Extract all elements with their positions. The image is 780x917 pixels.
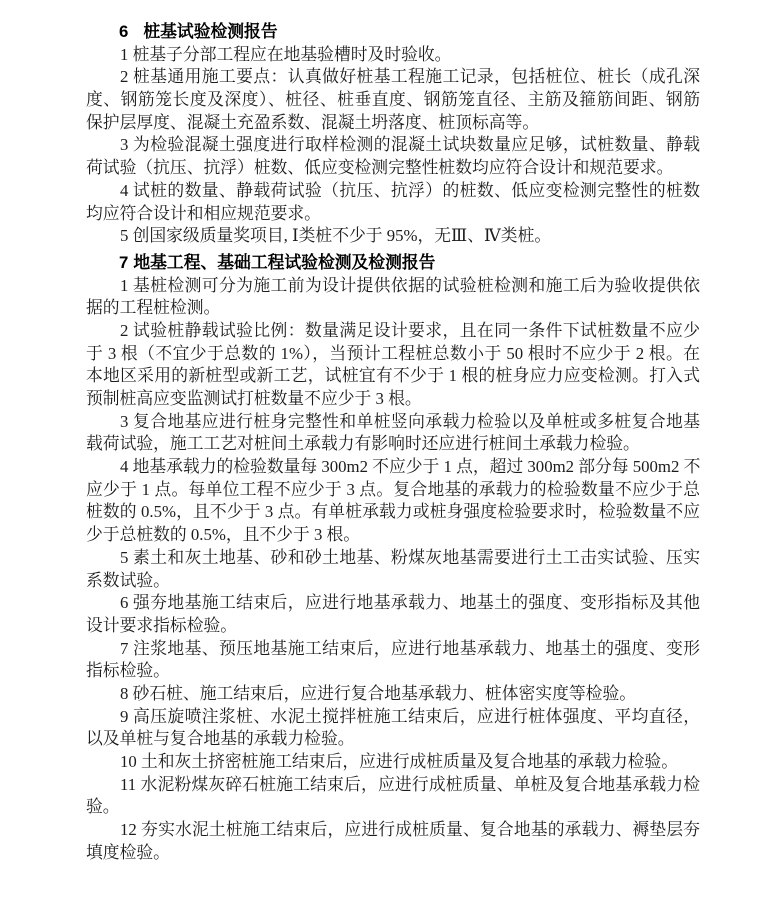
paragraph-line: 6 强夯地基施工结束后，应进行地基承载力、地基土的强度、变形指标及其他 [86, 592, 700, 615]
document-page: 6桩基试验检测报告 1 桩基子分部工程应在地基验槽时及时验收。 2 桩基通用施工… [86, 21, 700, 864]
paragraph-line: 预制桩高应变监测试打桩数量不应少于 3 根。 [86, 388, 700, 411]
section-number: 7 [119, 252, 128, 275]
list-item: 3 复合地基应进行桩身完整性和单桩竖向承载力检验以及单桩或多桩复合地基 载荷试验… [86, 411, 700, 456]
section-heading-7: 7地基工程、基础工程试验检测及检测报告 [86, 252, 700, 275]
paragraph-line: 7 注浆地基、预压地基施工结束后，应进行地基承载力、地基土的强度、变形 [86, 638, 700, 661]
list-item: 1 桩基子分部工程应在地基验槽时及时验收。 [86, 44, 700, 67]
paragraph-line: 2 试验桩静载试验比例：数量满足设计要求，且在同一条件下试桩数量不应少 [86, 320, 700, 343]
paragraph-line: 桩数的 0.5%，且不少于 3 点。有单桩承载力或桩身强度检验要求时，检验数量不… [86, 501, 700, 524]
paragraph-line: 9 高压旋喷注浆桩、水泥土搅拌桩施工结束后，应进行桩体强度、平均直径， [86, 706, 700, 729]
paragraph-line: 1 基桩检测可分为施工前为设计提供依据的试验桩检测和施工后为验收提供依 [86, 275, 700, 298]
list-item: 4 试桩的数量、静载荷试验（抗压、抗浮）的桩数、低应变检测完整性的桩数 均应符合… [86, 180, 700, 225]
paragraph-line: 填度检验。 [86, 842, 700, 865]
paragraph-line: 载荷试验，施工工艺对桩间土承载力有影响时还应进行桩间土承载力检验。 [86, 433, 700, 456]
paragraph-line: 荷试验（抗压、抗浮）桩数、低应变检测完整性桩数均应符合设计和规范要求。 [86, 157, 700, 180]
paragraph-line: 4 地基承载力的检验数量每 300m2 不应少于 1 点，超过 300m2 部分… [86, 456, 700, 479]
list-item: 5 创国家级质量奖项目, Ⅰ类桩不少于 95%，无Ⅲ、Ⅳ类桩。 [86, 225, 700, 248]
list-item: 5 素土和灰土地基、砂和砂土地基、粉煤灰地基需要进行土工击实试验、压实 系数试验… [86, 547, 700, 592]
paragraph-line: 2 桩基通用施工要点：认真做好桩基工程施工记录，包括桩位、桩长（成孔深 [86, 66, 700, 89]
paragraph-line: 应少于 1 点。每单位工程不应少于 3 点。复合地基的承载力的检验数量不应少于总 [86, 479, 700, 502]
paragraph-line: 指标检验。 [86, 660, 700, 683]
paragraph-line: 均应符合设计和相应规范要求。 [86, 203, 700, 226]
list-item: 11 水泥粉煤灰碎石桩施工结束后，应进行成桩质量、单桩及复合地基承载力检 验。 [86, 774, 700, 819]
paragraph-line: 度、钢筋笼长度及深度）、桩径、桩垂直度、钢筋笼直径、主筋及箍筋间距、钢筋 [86, 89, 700, 112]
section-heading-6: 6桩基试验检测报告 [86, 21, 700, 44]
section-title: 桩基试验检测报告 [143, 22, 277, 41]
paragraph-line: 12 夯实水泥土桩施工结束后，应进行成桩质量、复合地基的承载力、褥垫层夯 [86, 819, 700, 842]
paragraph-line: 系数试验。 [86, 570, 700, 593]
paragraph-line: 10 土和灰土挤密桩施工结束后，应进行成桩质量及复合地基的承载力检验。 [86, 751, 700, 774]
paragraph-line: 以及单桩与复合地基的承载力检验。 [86, 728, 700, 751]
paragraph-line: 据的工程桩检测。 [86, 297, 700, 320]
list-item: 9 高压旋喷注浆桩、水泥土搅拌桩施工结束后，应进行桩体强度、平均直径， 以及单桩… [86, 706, 700, 751]
paragraph-line: 3 为检验混凝土强度进行取样检测的混凝土试块数量应足够，试桩数量、静载 [86, 134, 700, 157]
list-item: 7 注浆地基、预压地基施工结束后，应进行地基承载力、地基土的强度、变形 指标检验… [86, 638, 700, 683]
paragraph-line: 本地区采用的新桩型或新工艺，试桩宜有不少于 1 根的桩身应力应变检测。打入式 [86, 365, 700, 388]
paragraph-line: 8 砂石桩、施工结束后，应进行复合地基承载力、桩体密实度等检验。 [86, 683, 700, 706]
paragraph-line: 少于总桩数的 0.5%，且不少于 3 根。 [86, 524, 700, 547]
paragraph-line: 5 素土和灰土地基、砂和砂土地基、粉煤灰地基需要进行土工击实试验、压实 [86, 547, 700, 570]
paragraph-line: 保护层厚度、混凝土充盈系数、混凝土坍落度、桩顶标高等。 [86, 112, 700, 135]
paragraph-line: 5 创国家级质量奖项目, Ⅰ类桩不少于 95%，无Ⅲ、Ⅳ类桩。 [86, 225, 700, 248]
paragraph-line: 3 复合地基应进行桩身完整性和单桩竖向承载力检验以及单桩或多桩复合地基 [86, 411, 700, 434]
list-item: 8 砂石桩、施工结束后，应进行复合地基承载力、桩体密实度等检验。 [86, 683, 700, 706]
section-number: 6 [119, 21, 128, 44]
list-item: 2 试验桩静载试验比例：数量满足设计要求，且在同一条件下试桩数量不应少 于 3 … [86, 320, 700, 411]
list-item: 12 夯实水泥土桩施工结束后，应进行成桩质量、复合地基的承载力、褥垫层夯 填度检… [86, 819, 700, 864]
list-item: 4 地基承载力的检验数量每 300m2 不应少于 1 点，超过 300m2 部分… [86, 456, 700, 547]
paragraph-line: 设计要求指标检验。 [86, 615, 700, 638]
section-title: 地基工程、基础工程试验检测及检测报告 [133, 253, 435, 272]
paragraph-line: 4 试桩的数量、静载荷试验（抗压、抗浮）的桩数、低应变检测完整性的桩数 [86, 180, 700, 203]
list-item: 2 桩基通用施工要点：认真做好桩基工程施工记录，包括桩位、桩长（成孔深 度、钢筋… [86, 66, 700, 134]
list-item: 6 强夯地基施工结束后，应进行地基承载力、地基土的强度、变形指标及其他 设计要求… [86, 592, 700, 637]
paragraph-line: 验。 [86, 796, 700, 819]
paragraph-line: 11 水泥粉煤灰碎石桩施工结束后，应进行成桩质量、单桩及复合地基承载力检 [86, 774, 700, 797]
list-item: 1 基桩检测可分为施工前为设计提供依据的试验桩检测和施工后为验收提供依 据的工程… [86, 275, 700, 320]
paragraph-line: 1 桩基子分部工程应在地基验槽时及时验收。 [86, 44, 700, 67]
list-item: 10 土和灰土挤密桩施工结束后，应进行成桩质量及复合地基的承载力检验。 [86, 751, 700, 774]
list-item: 3 为检验混凝土强度进行取样检测的混凝土试块数量应足够，试桩数量、静载 荷试验（… [86, 134, 700, 179]
paragraph-line: 于 3 根（不宜少于总数的 1%），当预计工程桩总数小于 50 根时不应少于 2… [86, 343, 700, 366]
